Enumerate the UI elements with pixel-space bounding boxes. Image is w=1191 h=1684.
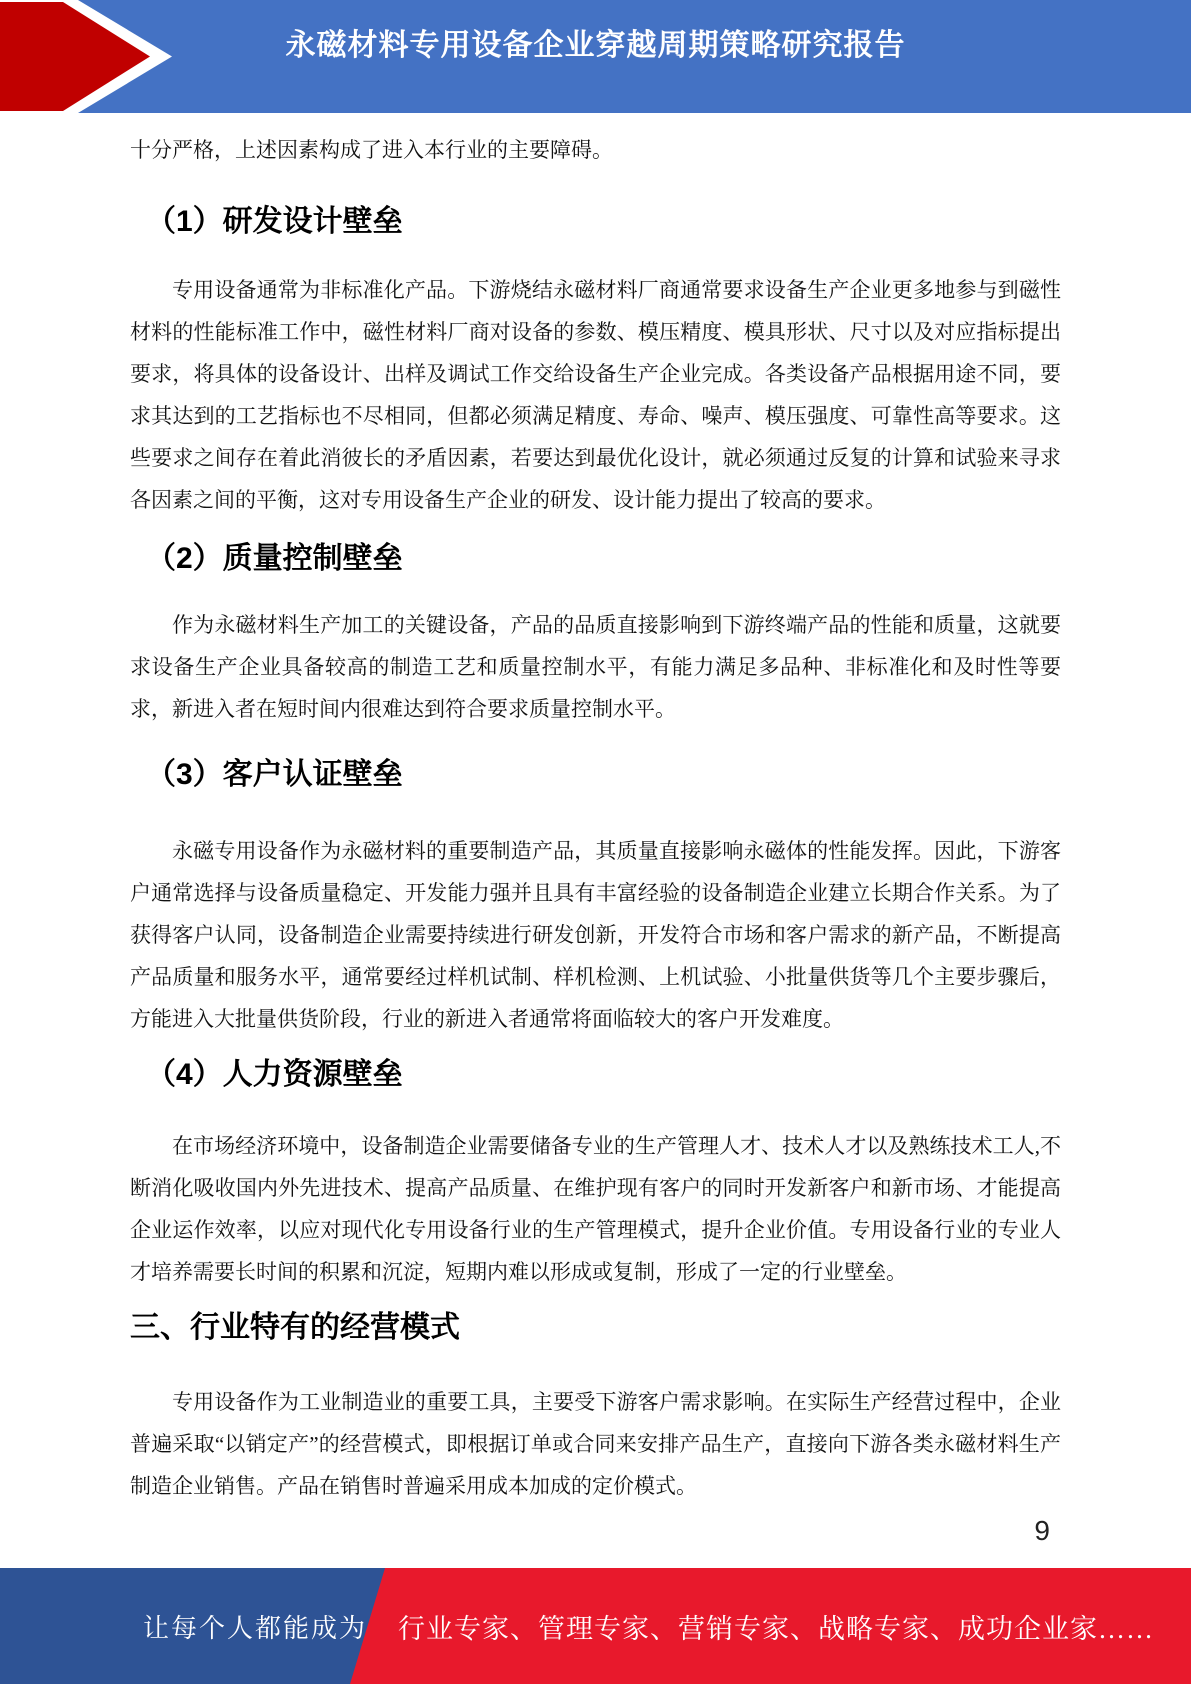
page-header-banner: 永磁材料专用设备企业穿越周期策略研究报告 xyxy=(0,0,1191,113)
section-heading-3: （3）客户认证壁垒 xyxy=(130,756,1061,794)
section-heading-1: （1）研发设计壁垒 xyxy=(130,203,1061,241)
section-human-resources-barrier: （4）人力资源壁垒 在市场经济环境中，设备制造企业需要储备专业的生产管理人才、技… xyxy=(130,1056,1061,1293)
page-number: 9 xyxy=(1034,1516,1050,1546)
section-paragraph-2: 作为永磁材料生产加工的关键设备，产品的品质直接影响到下游终端产品的性能和质量，这… xyxy=(130,604,1061,730)
intro-paragraph: 十分严格，上述因素构成了进入本行业的主要障碍。 xyxy=(130,129,1061,171)
footer-slogan-right: 行业专家、管理专家、营销专家、战略专家、成功企业家…… xyxy=(398,1568,1154,1684)
section-paragraph-3: 永磁专用设备作为永磁材料的重要制造产品，其质量直接影响永磁体的性能发挥。因此，下… xyxy=(130,830,1061,1040)
section-heading-5: 三、行业特有的经营模式 xyxy=(130,1309,1061,1347)
report-title: 永磁材料专用设备企业穿越周期策略研究报告 xyxy=(0,0,1191,64)
section-customer-certification-barrier: （3）客户认证壁垒 永磁专用设备作为永磁材料的重要制造产品，其质量直接影响永磁体… xyxy=(130,756,1061,1040)
section-rd-design-barrier: （1）研发设计壁垒 专用设备通常为非标准化产品。下游烧结永磁材料厂商通常要求设备… xyxy=(130,203,1061,521)
section-business-model: 三、行业特有的经营模式 专用设备作为工业制造业的重要工具，主要受下游客户需求影响… xyxy=(130,1309,1061,1507)
section-paragraph-1: 专用设备通常为非标准化产品。下游烧结永磁材料厂商通常要求设备生产企业更多地参与到… xyxy=(130,269,1061,521)
footer-slogan-left: 让每个人都能成为 xyxy=(143,1568,367,1684)
page-footer: 让每个人都能成为 行业专家、管理专家、营销专家、战略专家、成功企业家…… xyxy=(0,1568,1191,1684)
section-paragraph-5: 专用设备作为工业制造业的重要工具，主要受下游客户需求影响。在实际生产经营过程中，… xyxy=(130,1381,1061,1507)
section-quality-control-barrier: （2）质量控制壁垒 作为永磁材料生产加工的关键设备，产品的品质直接影响到下游终端… xyxy=(130,540,1061,730)
section-heading-4: （4）人力资源壁垒 xyxy=(130,1056,1061,1094)
section-heading-2: （2）质量控制壁垒 xyxy=(130,540,1061,578)
report-page: 永磁材料专用设备企业穿越周期策略研究报告 十分严格，上述因素构成了进入本行业的主… xyxy=(0,0,1191,1684)
section-paragraph-4: 在市场经济环境中，设备制造企业需要储备专业的生产管理人才、技术人才以及熟练技术工… xyxy=(130,1125,1061,1293)
page-body: 十分严格，上述因素构成了进入本行业的主要障碍。 （1）研发设计壁垒 专用设备通常… xyxy=(130,113,1061,1507)
